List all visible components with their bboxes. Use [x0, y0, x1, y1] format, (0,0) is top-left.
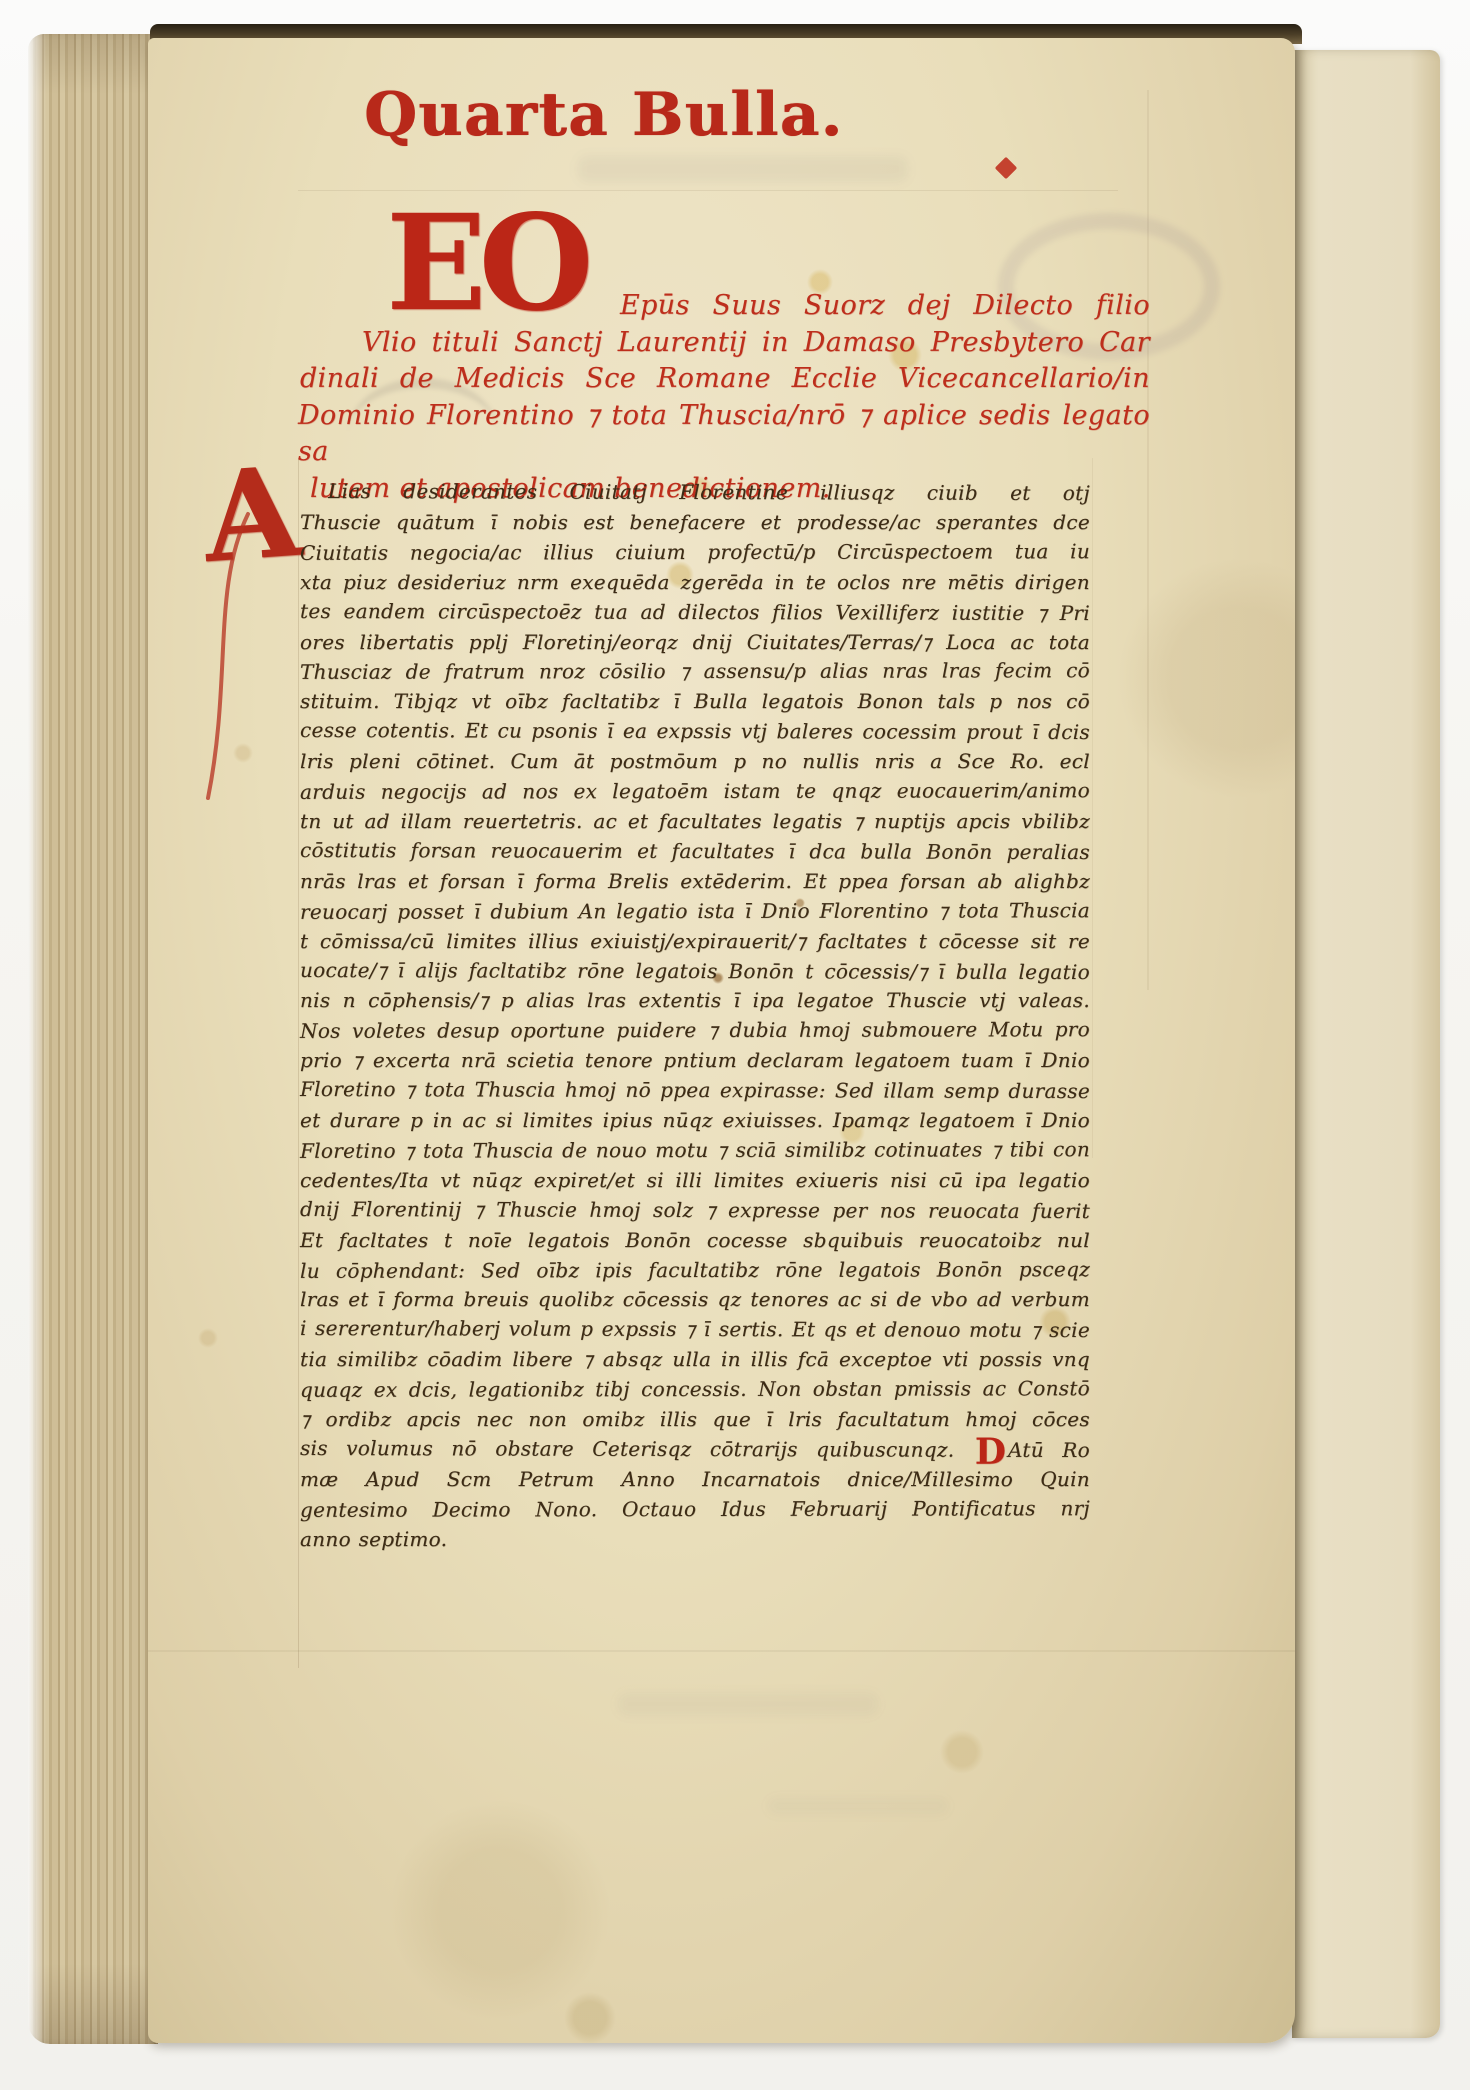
manuscript-page: Quarta Bulla. EO Epūs Suus Suorz dej Dil…	[148, 38, 1295, 2043]
body-line: cesse cotentis. Et cu psonis ī ea expssi…	[300, 716, 1090, 748]
body-line: et durare p in ac si limites ipius nūqz …	[300, 1106, 1090, 1136]
body-line: reuocarj posset ī dubium An legatio ista…	[300, 896, 1090, 928]
salutation-line: Epūs Suus Suorz dej Dilecto filio	[620, 288, 1150, 325]
body-line: Ciuitatis negocia/ac illius ciuium profe…	[300, 537, 1090, 569]
photo-background: Quarta Bulla. EO Epūs Suus Suorz dej Dil…	[0, 0, 1470, 2090]
body-line: t cōmissa/cū limites illius exiuistj/exp…	[300, 927, 1090, 957]
text-bleedthrough-smudge	[768, 1798, 948, 1814]
body-line: tn ut ad illam reuertetris. ac et facult…	[300, 807, 1090, 837]
body-line: stituim. Tibjqz vt oībz facltatibz ī Bul…	[300, 687, 1090, 717]
salutation-line: Vlio tituli Sanctj Laurentij in Damaso P…	[362, 325, 1150, 362]
body-line: cōstitutis forsan reuocauerim et faculta…	[300, 836, 1090, 868]
drop-cap-flourish	[188, 508, 278, 818]
body-line: Floretino ⁊ tota Thuscia de nouo motu ⁊ …	[300, 1135, 1090, 1167]
body-line: lris pleni cōtinet. Cum āt postmōum p no…	[300, 747, 1090, 777]
right-margin-rule	[1092, 458, 1093, 1158]
body-line: quaqz ex dcis, legationibz tibj concessi…	[300, 1374, 1090, 1406]
book-page-stack-edge	[28, 34, 158, 2044]
body-line: anno septimo.	[300, 1525, 1090, 1555]
body-line: gentesimo Decimo Nono. Octauo Idus Febru…	[300, 1494, 1090, 1526]
body-line: dnij Florentinij ⁊ Thuscie hmoj solz ⁊ e…	[300, 1195, 1090, 1227]
left-margin-rule	[298, 458, 299, 1668]
body-line: Nos voletes desup oportune puidere ⁊ dub…	[300, 1015, 1090, 1047]
body-line: sis volumus nō obstare Ceterisqz cōtrari…	[300, 1434, 1090, 1466]
body-line: Floretino ⁊ tota Thuscia hmoj nō ppea ex…	[300, 1075, 1090, 1107]
body-line: cedentes/Ita vt nūqz expiret/et si illi …	[300, 1166, 1090, 1196]
salutation-block: Epūs Suus Suorz dej Dilecto filioVlio ti…	[298, 288, 1150, 507]
body-line: Et facltates t noīe legatois Bonōn coces…	[300, 1226, 1090, 1256]
text-bleedthrough-smudge	[578, 156, 908, 182]
body-line: lu cōphendant: Sed oībz ipis facultatibz…	[300, 1255, 1090, 1287]
body-line: nrās lras et forsan ī forma Brelis extēd…	[300, 867, 1090, 897]
page-title: Quarta Bulla.	[364, 80, 844, 150]
body-line: Thuscie quātum ī nobis est benefacere et…	[300, 508, 1090, 538]
rubric-diamond-mark	[995, 157, 1018, 180]
body-text-block: Lias desiderantes Ciuitatj Florentine il…	[300, 478, 1090, 1555]
datum-rubric-initial: D	[973, 1431, 1008, 1473]
vertical-crease	[1147, 90, 1149, 990]
horizontal-fold-crease	[148, 1650, 1295, 1652]
body-line: Thusciaz de fratrum nroz cōsilio ⁊ assen…	[300, 657, 1090, 689]
body-line: mæ Apud Scm Petrum Anno Incarnatois dnic…	[300, 1465, 1090, 1495]
body-line: ores libertatis pplj Floretinj/eorqz dni…	[300, 628, 1090, 658]
body-line: nis n cōphensis/⁊ p alias lras extentis …	[300, 986, 1090, 1016]
body-line: xta piuz desideriuz nrm exequēda zgerēda…	[300, 568, 1090, 598]
body-line: prio ⁊ excerta nrā scietia tenore pntium…	[300, 1046, 1090, 1076]
body-line-text: sis volumus nō obstare Ceterisqz cōtrari…	[300, 1436, 973, 1462]
body-line: Lias desiderantes Ciuitatj Florentine il…	[300, 477, 1090, 509]
salutation-line: dinali de Medicis Sce Romane Ecclie Vice…	[300, 361, 1150, 398]
body-line: arduis negocijs ad nos ex legatoēm istam…	[300, 776, 1090, 808]
body-line: i sererentur/haberj volum p expssis ⁊ ī …	[300, 1314, 1090, 1346]
underlying-page	[1292, 50, 1440, 2038]
body-line: ⁊ ordibz apcis nec non omibz illis que ī…	[300, 1405, 1090, 1435]
body-line: tia similibz cōadim libere ⁊ absqz ulla …	[300, 1345, 1090, 1375]
salutation-line: Dominio Florentino ⁊ tota Thuscia/nrō ⁊ …	[298, 398, 1150, 471]
body-line: tes eandem circūspectoēz tua ad dilectos…	[300, 597, 1090, 629]
text-bleedthrough-smudge	[618, 1693, 878, 1715]
body-line-text: Atū Ro	[1008, 1438, 1090, 1462]
body-line: uocate/⁊ ī alijs facltatibz rōne legatoi…	[300, 955, 1090, 987]
body-line: lras et ī forma breuis quolibz cōcessis …	[300, 1285, 1090, 1315]
